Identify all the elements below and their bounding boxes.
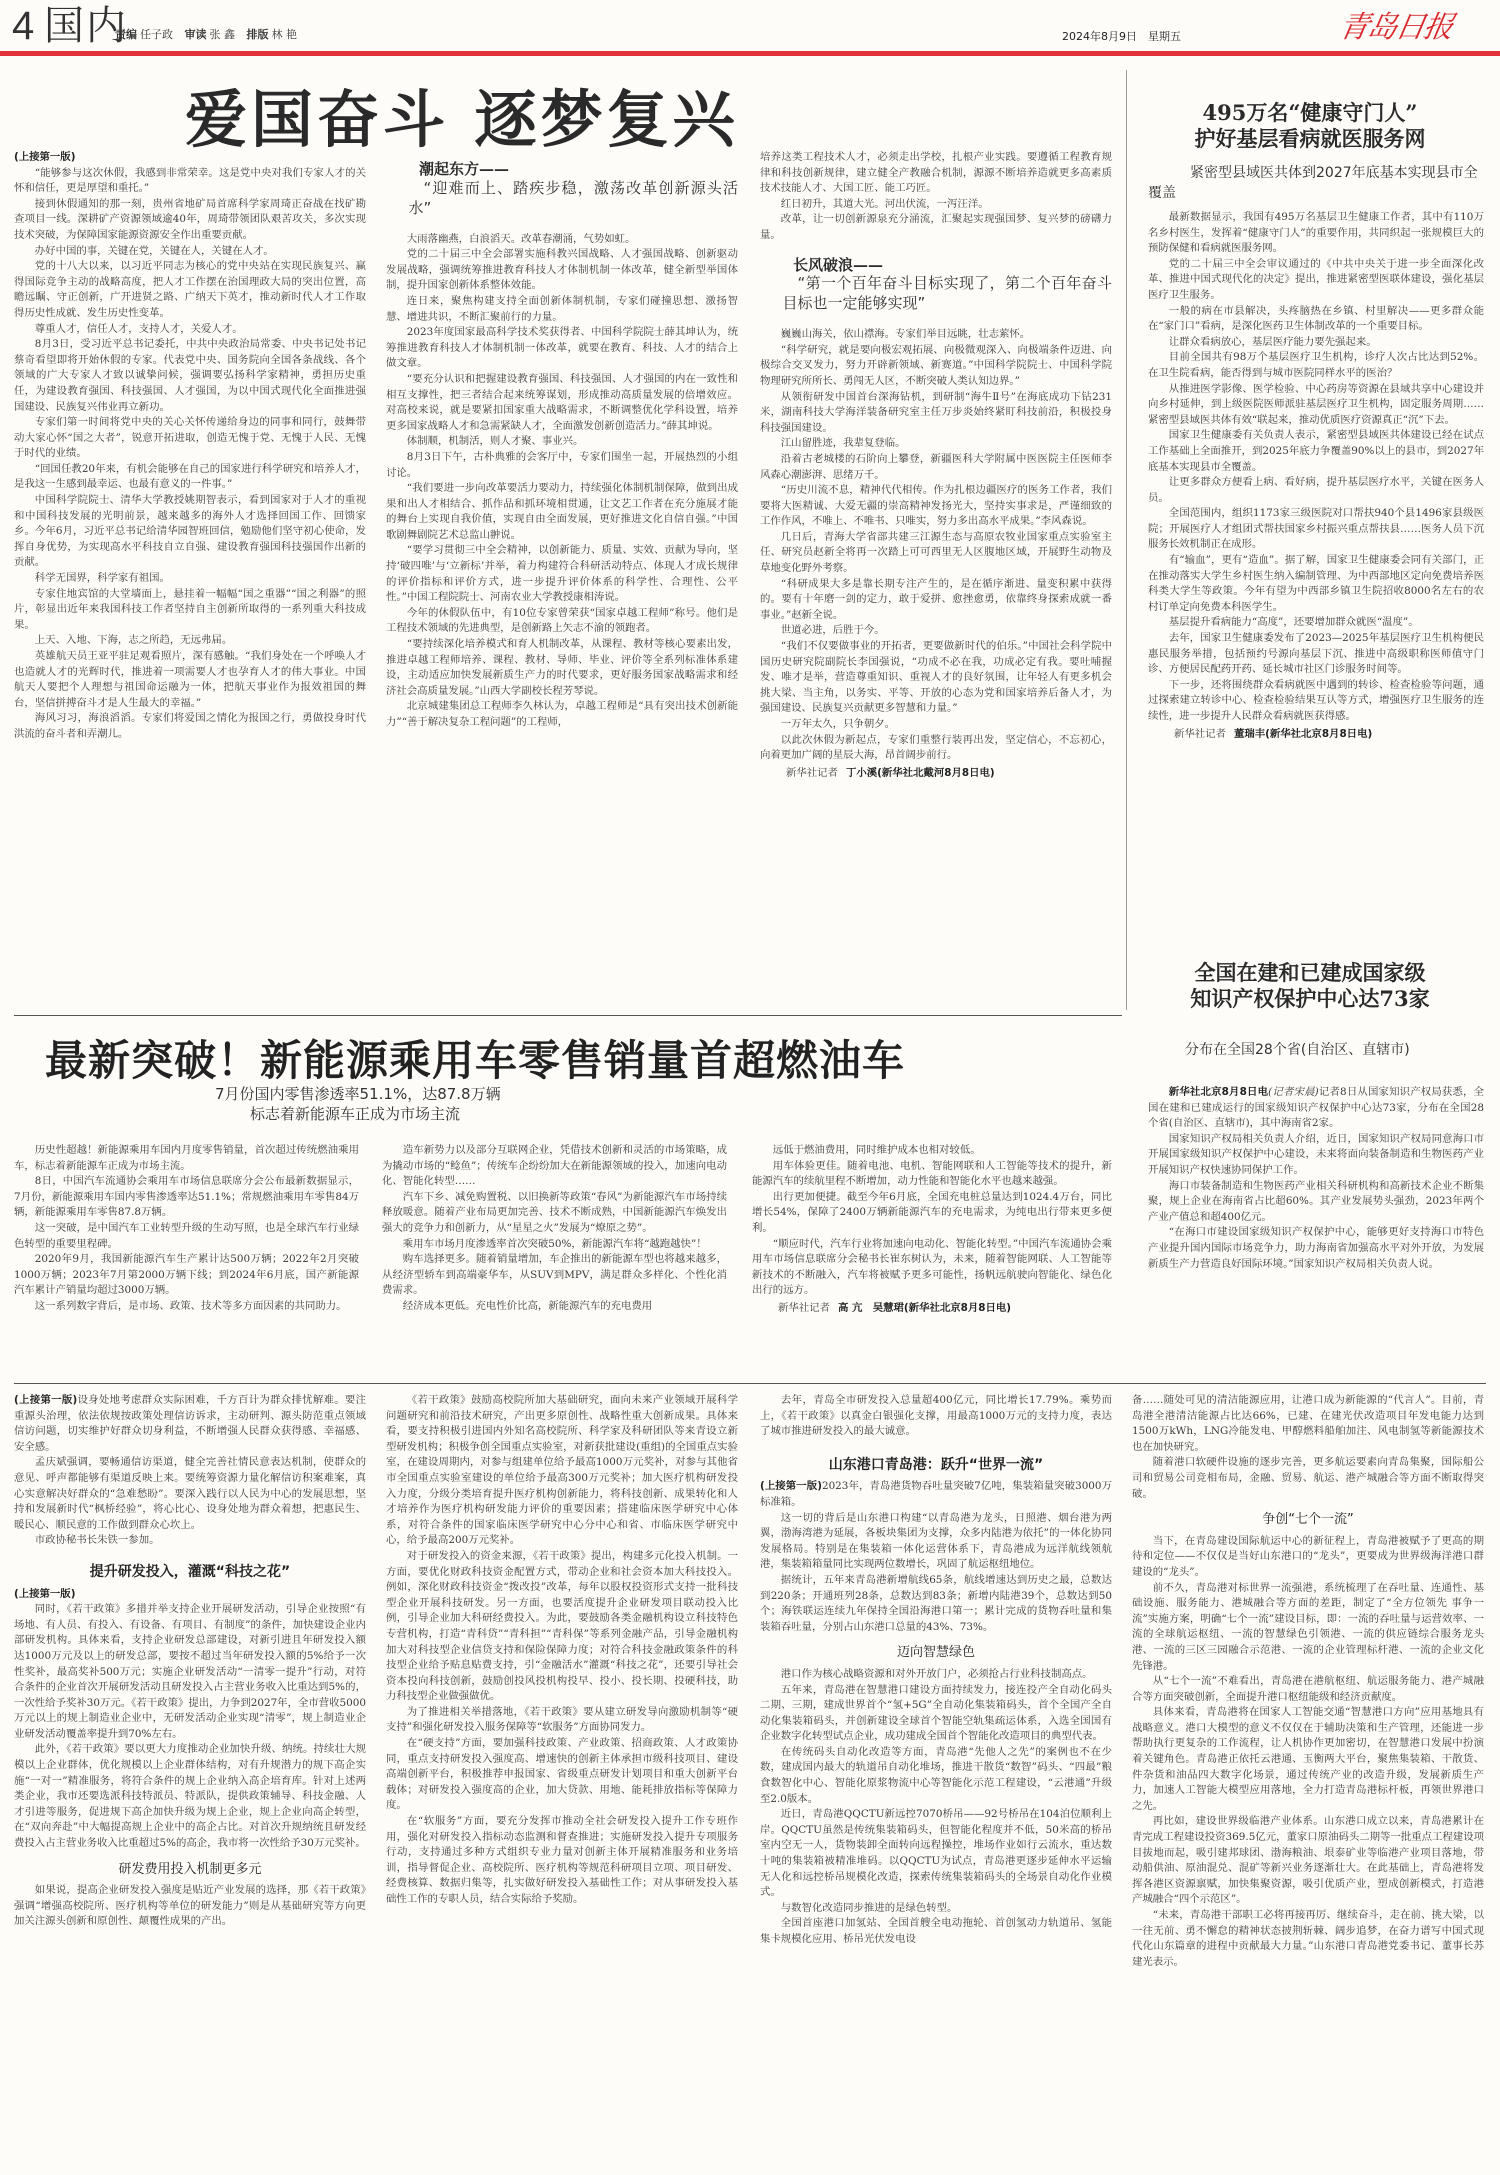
health-story-subtitle: 紧密型县域医共体到2027年底基本实现县市全覆盖	[1148, 163, 1484, 203]
paragraph: 汽车下乡、减免购置税、以旧换新等政策“春风”为新能源汽车市场持续释放暖意。随着产…	[382, 1190, 727, 1237]
paragraph: 巍巍山海关，依山襟海。专家们举目远眺，壮志萦怀。	[760, 327, 1112, 343]
paragraph: 远低于燃油费用，同时维护成本也相对较低。	[752, 1143, 1112, 1159]
lower-column-4: 备……随处可见的清洁能源应用，让港口成为新能源的“代言人”。目前，青岛港全港清洁…	[1132, 1393, 1484, 1970]
byline: 新华社记者董瑞丰(新华社北京8月8日电)	[1148, 727, 1484, 743]
paragraph: 江山留胜迹，我辈复登临。	[760, 436, 1112, 452]
port-col4b-body: 当下，在青岛建设国际航运中心的新征程上，青岛港被赋予了更高的期待和定位——不仅仅…	[1132, 1534, 1484, 1971]
lower-column-3: 去年，青岛全市研发投入总量超400亿元，同比增长17.79%。乘势而上，《若干政…	[760, 1393, 1112, 1948]
port-col4-body: 备……随处可见的清洁能源应用，让港口成为新能源的“代言人”。目前，青岛港全港清洁…	[1132, 1393, 1484, 1502]
paragraph: 这一系列数字背后，是市场、政策、技术等多方面因素的共同助力。	[14, 1299, 359, 1315]
proofreader-label: 审读	[185, 28, 207, 41]
paragraph: “顺应时代，汽车行业将加速向电动化、智能化转型。”中国汽车流通协会乘用车市场信息…	[752, 1237, 1112, 1299]
paragraph: 英雄航天员王亚平驻足观看照片，深有感触。“我们身处在一个呼唤人才也造就人才的光辉…	[14, 649, 366, 711]
ip-story-subtitle: 分布在全国28个省(自治区、直辖市)	[1185, 1040, 1495, 1060]
editorial-credits: 责编任子政 审读张 鑫 排版林 艳	[115, 26, 305, 42]
paragraph: 今年的休假队伍中，有10位专家曾荣获“国家卓越工程师”称号。他们是工程技术领域的…	[386, 606, 738, 637]
port-subheading-seven: 争创“七个一流”	[1132, 1512, 1484, 1528]
byline: 新华社记者丁小溪(新华社北戴河8月8日电)	[760, 766, 1112, 782]
paragraph: 沿着古老城楼的石阶向上攀登，新疆医科大学附属中医医院主任医师李风森心潮澎湃、思绪…	[760, 452, 1112, 483]
paragraph: 8月3日下午，古朴典雅的会客厅中，专家们围坐一起，开展热烈的小组讨论。	[386, 450, 738, 481]
paragraph: 备……随处可见的清洁能源应用，让港口成为新能源的“代言人”。目前，青岛港全港清洁…	[1132, 1393, 1484, 1455]
editor-name: 任子政	[140, 28, 173, 41]
paragraph: 五年来，青岛港在智慧港口建设方面持续发力，接连投产全自动化码头二期、三期，建成世…	[760, 1683, 1112, 1745]
ev-story-subtitle-2: 标志着新能源车正成为市场主流	[250, 1103, 460, 1124]
paragraph: 此外，《若干政策》要以更大力度推动企业加快升级、纳统。持续壮大规模以上企业群体，…	[14, 1742, 366, 1851]
paragraph: 中国科学院院士、清华大学教授姚期智表示，看到国家对于人才的重视和中国科技发展的光…	[14, 493, 366, 571]
paragraph: 全国首座港口加氢站、全国首艘全电动拖轮、首创氢动力轨道吊、氢能集卡规模化应用、桥…	[760, 1916, 1112, 1947]
paragraph: 国家卫生健康委有关负责人表示，紧密型县域医共体建设已经在试点工作基础上全面推开，…	[1148, 428, 1484, 475]
paragraph: 港口作为核心战略资源和对外开放门户，必须抢占行业科技制高点。	[760, 1667, 1112, 1683]
subhead-changfeng: 长风破浪—— “第一个百年奋斗目标实现了，第二个百年奋斗目标也一定能够实现”	[760, 258, 1112, 314]
paragraph: “在海口市建设国家级知识产权保护中心，能够更好支持海口市特色产业提升国内国际市场…	[1148, 1225, 1484, 1272]
paragraph: 去年，国家卫生健康委发布了2023—2025年基层医疗卫生机构便民惠民服务举措，…	[1148, 631, 1484, 678]
paragraph: 世道必进，后胜于今。	[760, 623, 1112, 639]
port-col3b-body: 港口作为核心战略资源和对外开放门户，必须抢占行业科技制高点。五年来，青岛港在智慧…	[760, 1667, 1112, 1948]
paragraph: “未来，青岛港干部职工必将再接再厉、继续奋斗，走在前、挑大梁，以一往无前、勇不懈…	[1132, 1908, 1484, 1970]
paragraph: 出行更加便捷。截至今年6月底，全国充电桩总量达到1024.4万台，同比增长54%…	[752, 1190, 1112, 1237]
subhead-lead: 长风破浪——	[760, 258, 1112, 274]
paragraph: 去年，青岛全市研发投入总量超400亿元，同比增长17.79%。乘势而上，《若干政…	[760, 1393, 1112, 1440]
paragraph: 据统计，五年来青岛港新增航线65条，航线增速达到历史之最，总数达到220条；开通…	[760, 1573, 1112, 1635]
paragraph: 大雨落幽燕，白浪滔天。改革春潮涌，气势如虹。	[386, 232, 738, 248]
paragraph: 在传统码头自动化改造等方面，青岛港“先他人之先”的案例也不在少数，建成国内最大的…	[760, 1745, 1112, 1807]
paragraph: 改革，让一切创新源泉充分涌流，汇聚起实现强国梦、复兴梦的磅礴力量。	[760, 212, 1112, 243]
paragraph: 《若干政策》鼓励高校院所加大基础研究，面向未来产业领域开展科学问题研究和前沿技术…	[386, 1393, 738, 1549]
port-heading: 山东港口青岛港：跃升“世界一流”	[760, 1458, 1112, 1474]
paragraph: 海风习习，海浪滔滔。专家们将爱国之情化为报国之行，勇做投身时代洪流的奋斗者和弄潮…	[14, 711, 366, 742]
paragraph: 接到休假通知的那一刻，贵州省地矿局首席科学家周琦正奋战在找矿勘查项目一线。深耕矿…	[14, 197, 366, 244]
paragraph: “回国任教20年来，有机会能够在自己的国家进行科学研究和培养人才，是我这一生感到…	[14, 462, 366, 493]
paragraph: 从推进医学影像、医学检验、中心药房等资源在县域共享中心建设并向乡村延伸，到上级医…	[1148, 382, 1484, 429]
ev-story-column-2: 造车新势力以及部分互联网企业，凭借技术创新和灵活的市场策略，成为撬动市场的“鲶鱼…	[382, 1143, 727, 1315]
layout-label: 排版	[247, 28, 269, 41]
editor-label: 责编	[115, 28, 137, 41]
paragraph: 同时，《若干政策》多措并举支持企业开展研发活动，引导企业按照“有场地、有人员、有…	[14, 1602, 366, 1742]
paragraph: 为了推进相关举措落地，《若干政策》要从建立研发导向激励机制等“硬支持”和强化研发…	[386, 1705, 738, 1736]
paragraph: 几日后，青海大学省部共建三江源生态与高原农牧业国家重点实验室主任、研究员赵新全将…	[760, 530, 1112, 577]
health-story-title: 495万名“健康守门人” 护好基层看病就医服务网	[1140, 100, 1480, 152]
paragraph: 体制顺，机制活，则人才聚、事业兴。	[386, 434, 738, 450]
subhead-chaoqi: 潮起东方—— “迎难而上、踏疾步稳，激荡改革创新源头活水”	[386, 162, 738, 218]
paragraph: 用车体验更佳。随着电池、电机、智能网联和人工智能等技术的提升，新能源汽车的续航里…	[752, 1159, 1112, 1190]
newspaper-logo: 青岛日报	[1336, 2, 1456, 46]
continuation-marker: (上接第一版)	[14, 150, 366, 166]
subhead-quote: “迎难而上、踏疾步稳，激荡改革创新源头活水”	[386, 178, 738, 218]
paragraph: 党的二十届三中全会部署实施科教兴国战略、人才强国战略、创新驱动发展战略，强调统筹…	[386, 247, 738, 294]
lead-col2-body: 大雨落幽燕，白浪滔天。改革春潮涌，气势如虹。党的二十届三中全会部署实施科教兴国战…	[386, 232, 738, 731]
lead-col3b-body: 巍巍山海关，依山襟海。专家们举目远眺，壮志萦怀。“科学研究，就是要向极宏观拓展、…	[760, 327, 1112, 764]
rd-col1-body: 同时，《若干政策》多措并举支持企业开展研发活动，引导企业按照“有场地、有人员、有…	[14, 1602, 366, 1852]
masthead: 4 国内 责编任子政 审读张 鑫 排版林 艳 2024年8月9日 星期五 青岛日…	[0, 0, 1500, 58]
paragraph: 如果说，提高企业研发投入强度是贴近产业发展的选择，那《若干政策》强调“增强高校院…	[14, 1883, 366, 1930]
port-first-paragraph: (上接第一版)2023年，青岛港货物吞吐量突破7亿吨，集装箱量突破3000万标准…	[760, 1479, 1112, 1510]
paragraph: “科学研究，就是要向极宏观拓展、向极微观深入、向极端条件迈进、向极综合交叉发力，…	[760, 343, 1112, 390]
paragraph: 孟庆斌强调，要畅通信访渠道，健全完善社情民意表达机制，使群众的意见、呼声都能够有…	[14, 1455, 366, 1533]
lower-column-1: (上接第一版)设身处地考虑群众实际困难，千方百计为群众排忧解难。要注重源头治理，…	[14, 1393, 366, 1930]
rd-subheading: 研发费用投入机制更多元	[14, 1862, 366, 1878]
column-divider	[1126, 70, 1127, 1010]
port-subheading-smart-green: 迈向智慧绿色	[760, 1645, 1112, 1661]
paragraph: 2023年度国家最高科学技术奖获得者、中国科学院院士薛其坤认为，统筹推进教育科技…	[386, 325, 738, 372]
paragraph: 北京城建集团总工程师李久林认为，卓越工程师是“具有突出技术创新能力”“善于解决复…	[386, 699, 738, 730]
paragraph: “能够参与这次休假，我感到非常荣幸。这是党中央对我们专家人才的关怀和信任，更是厚…	[14, 166, 366, 197]
paragraph: 红日初升，其道大光。河出伏流，一泻汪洋。	[760, 197, 1112, 213]
paragraph: 科学无国界，科学家有祖国。	[14, 571, 366, 587]
paragraph: 党的二十届三中全会审议通过的《中共中央关于进一步全面深化改革、推进中国式现代化的…	[1148, 257, 1484, 304]
lead-story-column-3: 培养这类工程技术人才，必须走出学校，扎根产业实践。要遵循工程教育规律和科技创新规…	[760, 150, 1112, 781]
paragraph: 让群众看病放心，基层医疗能力要先强起来。	[1148, 335, 1484, 351]
paragraph: 这一切的背后是山东港口构建“以青岛港为龙头，日照港、烟台港为两翼，渤海湾港为延展…	[760, 1511, 1112, 1573]
paragraph: 造车新势力以及部分互联网企业，凭借技术创新和灵活的市场策略，成为撬动市场的“鲶鱼…	[382, 1143, 727, 1190]
paragraph: 尊重人才，信任人才，支持人才，关爱人才。	[14, 322, 366, 338]
paragraph: 购车选择更多。随着销量增加，车企推出的新能源车型也将越来越多，从经济型轿车到高端…	[382, 1252, 727, 1299]
rd-col1-end-body: 如果说，提高企业研发投入强度是贴近产业发展的选择，那《若干政策》强调“增强高校院…	[14, 1883, 366, 1930]
paragraph: 从领衔研发中国首台深海钻机，到研制“海牛Ⅱ号”在海底成功下钻231米，湖南科技大…	[760, 390, 1112, 437]
paragraph: “要充分认识和把握建设教育强国、科技强国、人才强国的内在一致性和相互支撑性，把三…	[386, 372, 738, 434]
paragraph: 一万年太久，只争朝夕。	[760, 717, 1112, 733]
section-divider	[14, 1015, 1122, 1016]
paragraph: 与数智化改造同步推进的是绿色转型。	[760, 1901, 1112, 1917]
paragraph: 下一步，还将围绕群众看病就医中遇到的转诊、检查检验等问题，通过探索建立转诊中心、…	[1148, 678, 1484, 725]
paragraph: 市政协秘书长朱铁一参加。	[14, 1533, 366, 1549]
paragraph: 全国范围内，组织1173家三级医院对口帮扶940个县1496家县级医院；开展医疗…	[1148, 506, 1484, 553]
paragraph: 专家们第一时间将党中央的关心关怀传递给身边的同事和同行，鼓舞带动大家心怀“国之大…	[14, 415, 366, 462]
ip-story-title: 全国在建和已建成国家级 知识产权保护中心达73家	[1140, 960, 1480, 1012]
paragraph: 专家住地宾馆的大堂墙面上，悬挂着一幅幅“国之重器”“国之利器”的照片，彰显出近年…	[14, 587, 366, 634]
layout-name: 林 艳	[272, 28, 298, 41]
paragraph: 历史性超越！新能源乘用车国内月度零售销量，首次超过传统燃油乘用车，标志着新能源车…	[14, 1143, 359, 1174]
issue-date: 2024年8月9日 星期五	[1062, 28, 1181, 44]
petition-paragraph: (上接第一版)设身处地考虑群众实际困难，千方百计为群众排忧解难。要注重源头治理，…	[14, 1393, 366, 1455]
paragraph: 从“七个一流”不难看出，青岛港在港航枢纽、航运服务能力、港产城融合等方面突破创新…	[1132, 1674, 1484, 1705]
paragraph: 在“软服务”方面，要充分发挥市推动全社会研发投入提升工作专班作用，强化对研发投入…	[386, 1814, 738, 1908]
page-number: 4	[12, 6, 34, 46]
paragraph: 8日，中国汽车流通协会乘用车市场信息联席分会公布最新数据显示，7月份，新能源乘用…	[14, 1174, 359, 1221]
rd-heading: 提升研发投入，灌溉“科技之花”	[14, 1565, 366, 1581]
paragraph: “要学习贯彻三中全会精神，以创新能力、质量、实效、贡献为导向，坚持‘破四唯’与‘…	[386, 543, 738, 605]
lead-story-column-1: (上接第一版)“能够参与这次休假，我感到非常荣幸。这是党中央对我们专家人才的关怀…	[14, 150, 366, 743]
paragraph: 当下，在青岛建设国际航运中心的新征程上，青岛港被赋予了更高的期待和定位——不仅仅…	[1132, 1534, 1484, 1581]
continuation-marker: (上接第一版)	[14, 1587, 366, 1603]
subhead-lead: 潮起东方——	[386, 162, 738, 178]
ev-col3-body: 远低于燃油费用，同时维护成本也相对较低。用车体验更佳。随着电池、电机、智能网联和…	[752, 1143, 1112, 1299]
paragraph: 培养这类工程技术人才，必须走出学校，扎根产业实践。要遵循工程教育规律和科技创新规…	[760, 150, 1112, 197]
paragraph: 乘用车市场月度渗透率首次突破50%，新能源汽车将“越跑越快”！	[382, 1237, 727, 1253]
section-divider	[14, 1383, 1486, 1384]
paragraph: “历史川流不息，精神代代相传。作为扎根边疆医疗的医务工作者，我们要将大医精诚、大…	[760, 483, 1112, 530]
lead-story-column-2: 潮起东方—— “迎难而上、踏疾步稳，激荡改革创新源头活水” 大雨落幽燕，白浪滔天…	[386, 150, 738, 731]
paragraph: 目前全国共有98万个基层医疗卫生机构，诊疗人次占比达到52%。在卫生院看病，能否…	[1148, 350, 1484, 381]
health-story-body: 最新数据显示，我国有495万名基层卫生健康工作者，其中有110万名乡村医生，发挥…	[1148, 210, 1484, 742]
ip-first-paragraph: 新华社北京8月8日电(记者宋晨)记者8日从国家知识产权局获悉，全国在建和已建成运…	[1148, 1085, 1484, 1132]
paragraph: 这一突破，是中国汽车工业转型升级的生动写照，也是全球汽车行业绿色转型的重要里程碑…	[14, 1221, 359, 1252]
paragraph: 随着港口软硬件设施的逐步完善，更多航运要素向青岛集聚，国际船公司和贸易公司竞相布…	[1132, 1455, 1484, 1502]
paragraph: 以此次休假为新起点，专家们重整行装再出发，坚定信心，不忘初心，向着更加广阔的星辰…	[760, 733, 1112, 764]
paragraph: 一般的病在市县解决，头疼脑热在乡镇、村里解决——更多群众能在“家门口”看病，是深…	[1148, 304, 1484, 335]
ev-story-subtitle-1: 7月份国内零售渗透率51.1%，达87.8万辆	[215, 1083, 501, 1104]
proofreader-name: 张 鑫	[210, 28, 236, 41]
paragraph: “要持续深化培养模式和育人机制改革，从课程、教材等核心要素出发，推进卓越工程师培…	[386, 637, 738, 699]
paragraph: 具体来看，青岛港将在国家人工智能交通“智慧港口方向”应用基地具有战略意义。港口大…	[1132, 1705, 1484, 1814]
paragraph: 有“输血”，更有“造血”。据了解，国家卫生健康委会同有关部门，正在推动落实大学生…	[1148, 553, 1484, 615]
paragraph: “我们要进一步向改革要活力要动力，持续强化体制机制保障，做到出成果和出人才相结合…	[386, 481, 738, 543]
paragraph: 党的十八大以来，以习近平同志为核心的党中央站在实现民族复兴、赢得国际竞争主动的战…	[14, 259, 366, 321]
lead-story-title: 爱国奋斗 逐梦复兴	[185, 70, 739, 159]
paragraph: 在“硬支持”方面，要加强科技政策、产业政策、招商政策、人才政策协同，重点支持研发…	[386, 1736, 738, 1814]
paragraph: 连日来，聚焦构建支持全面创新体制机制，专家们碰撞思想、激扬智慧、增进共识，不断汇…	[386, 294, 738, 325]
ev-story-column-3: 远低于燃油费用，同时维护成本也相对较低。用车体验更佳。随着电池、电机、智能网联和…	[752, 1143, 1112, 1317]
paragraph: “科研成果大多是靠长期专注产生的，是在循序渐进、量变积累中获得的。要有十年磨一剑…	[760, 577, 1112, 624]
subhead-quote: “第一个百年奋斗目标实现了，第二个百年奋斗目标也一定能够实现”	[760, 273, 1112, 313]
paragraph: 国家知识产权局相关负责人介绍，近日，国家知识产权局同意海口市开展国家级知识产权保…	[1148, 1132, 1484, 1179]
paragraph: 经济成本更低。充电性价比高，新能源汽车的充电费用	[382, 1299, 727, 1315]
paragraph: 海口市装备制造和生物医药产业相关科研机构和高新技术企业不断集聚，规上企业在海南省…	[1148, 1179, 1484, 1226]
paragraph: 前不久，青岛港对标世界一流强港，系统梳理了在吞吐量、连通性、基础设施、服务能力、…	[1132, 1581, 1484, 1675]
ev-story-column-1: 历史性超越！新能源乘用车国内月度零售销量，首次超过传统燃油乘用车，标志着新能源车…	[14, 1143, 359, 1315]
masthead-rule	[0, 51, 1500, 56]
paragraph: 最新数据显示，我国有495万名基层卫生健康工作者，其中有110万名乡村医生，发挥…	[1148, 210, 1484, 257]
paragraph: 让更多群众方便看上病、看好病，提升基层医疗水平，关键在医务人员。	[1148, 475, 1484, 506]
paragraph: 对于研发投入的资金来源，《若干政策》提出，构建多元化投入机制。一方面，要优化财政…	[386, 1549, 738, 1705]
lead-col3-body: 培养这类工程技术人才，必须走出学校，扎根产业实践。要遵循工程教育规律和科技创新规…	[760, 150, 1112, 244]
byline: 新华社记者高 亢 吴慧珺(新华社北京8月8日电)	[752, 1301, 1112, 1317]
paragraph: 再比如，建设世界级临港产业体系。山东港口成立以来，青岛港累计在青完成工程建设投资…	[1132, 1814, 1484, 1908]
paragraph: 办好中国的事，关键在党，关键在人，关键在人才。	[14, 244, 366, 260]
paragraph: 上天、入地、下海，志之所趋，无远弗届。	[14, 633, 366, 649]
paragraph: 8月3日，受习近平总书记委托，中共中央政治局常委、中央书记处书记蔡奇看望即将开始…	[14, 337, 366, 415]
ev-story-title: 最新突破！新能源乘用车零售销量首超燃油车	[45, 1028, 905, 1088]
paragraph: 2020年9月，我国新能源汽车生产累计达500万辆；2022年2月突破1000万…	[14, 1252, 359, 1299]
paragraph: 近日，青岛港QQCTU新远控7070桥吊——92号桥吊在104泊位顺利上岸。QQ…	[760, 1807, 1112, 1901]
ip-story-body: 新华社北京8月8日电(记者宋晨)记者8日从国家知识产权局获悉，全国在建和已建成运…	[1148, 1085, 1484, 1272]
paragraph: 基层提升看病能力“高度”，还要增加群众就医“温度”。	[1148, 615, 1484, 631]
paragraph: “我们不仅要做事业的开拓者，更要做新时代的伯乐。”中国社会科学院中国历史研究院副…	[760, 639, 1112, 717]
lower-column-2: 《若干政策》鼓励高校院所加大基础研究，面向未来产业领域开展科学问题研究和前沿技术…	[386, 1393, 738, 1908]
